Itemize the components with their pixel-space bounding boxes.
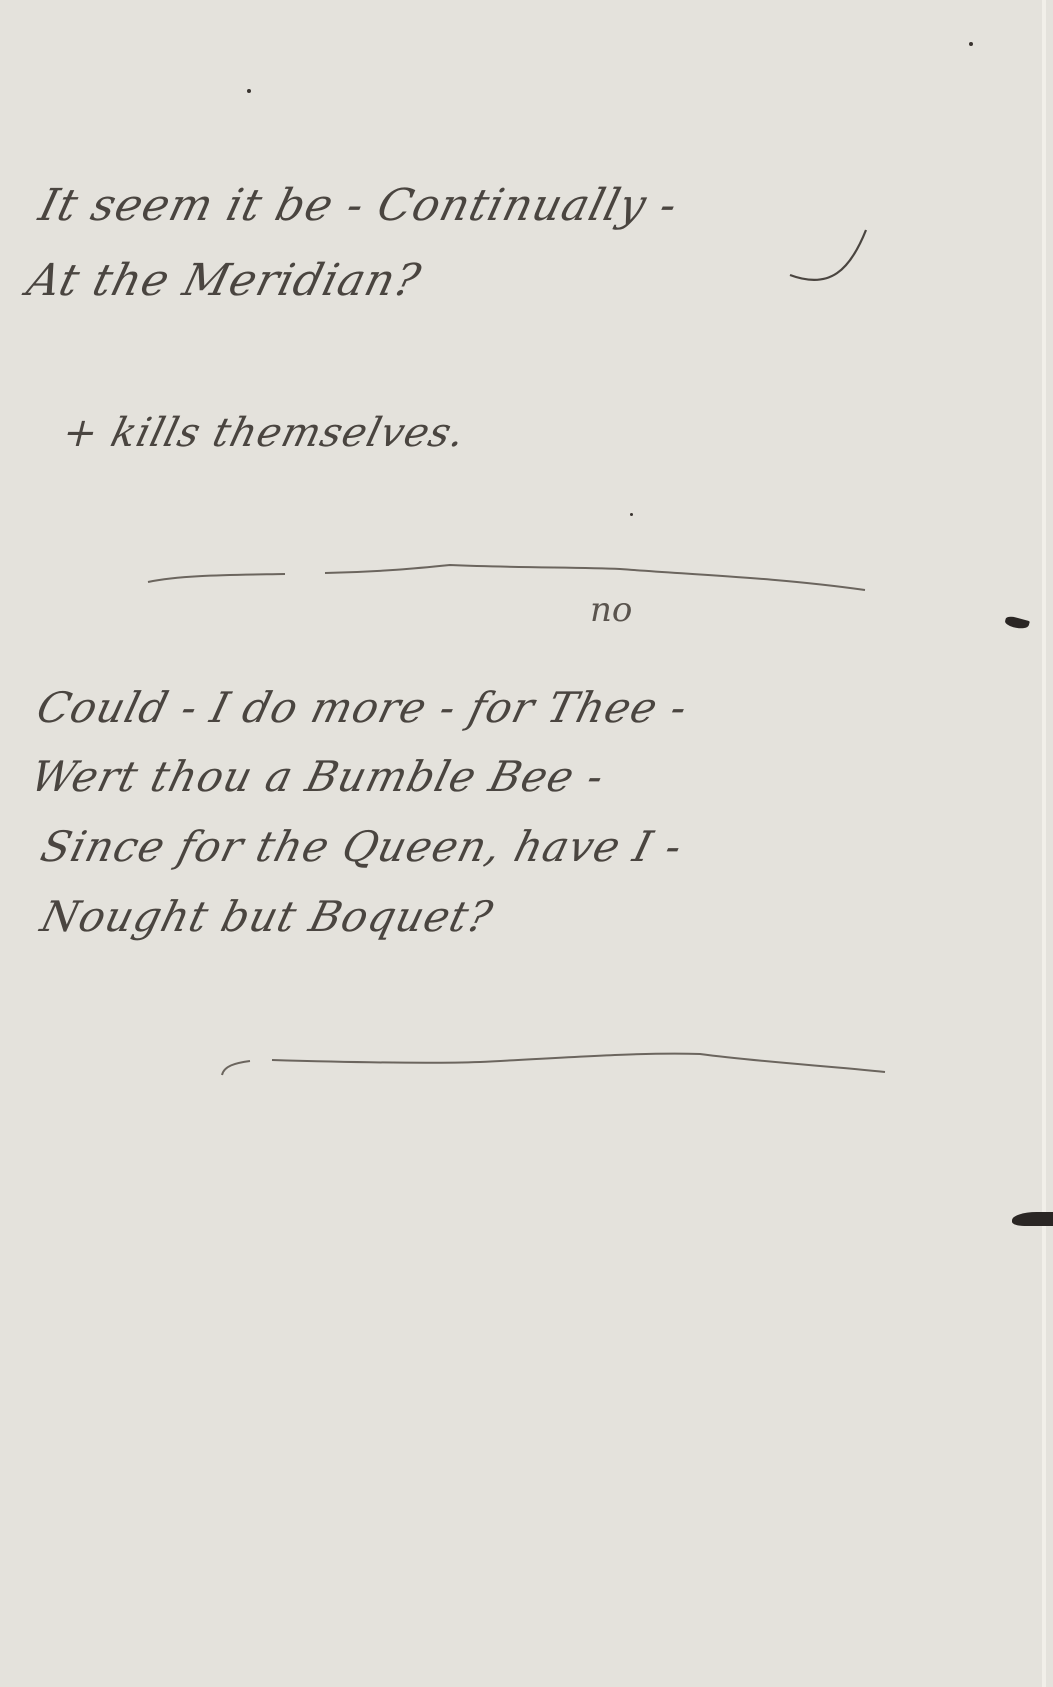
manuscript-page: It seem it be - Continually - At the Mer… — [0, 0, 1053, 1687]
divider-line-2 — [0, 0, 1053, 1687]
